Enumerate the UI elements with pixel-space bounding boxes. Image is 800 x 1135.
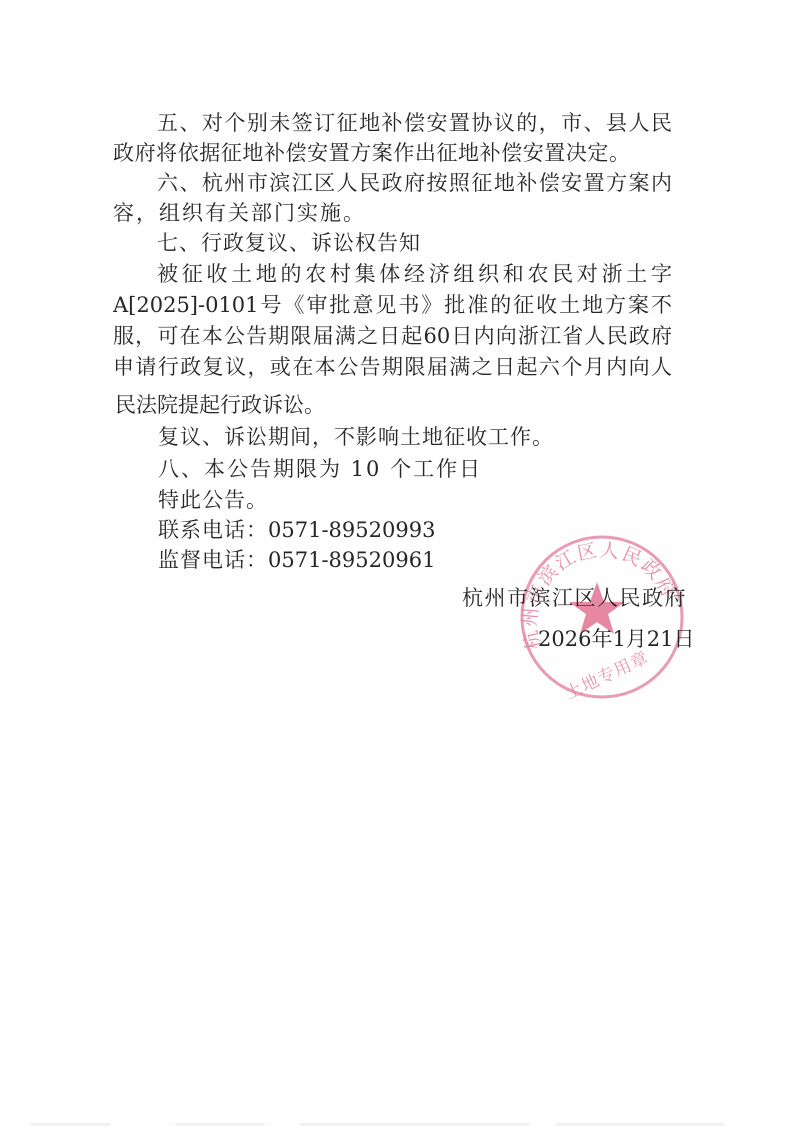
item-8: 八、本公告期限为 10 个工作日	[158, 456, 482, 482]
issue-date: 2026年1月21日	[538, 626, 695, 652]
supervision-phone-value: 0571-89520961	[268, 548, 435, 572]
item-7-body-line-4: 申请行政复议，或在本公告期限届满之日起六个月内向人	[113, 354, 672, 380]
closing-text: 特此公告。	[158, 487, 268, 513]
item-6-line-1: 六、杭州市滨江区人民政府按照征地补偿安置方案内	[157, 170, 672, 196]
supervision-phone-label: 监督电话：	[158, 548, 268, 572]
item-7-body-line-2: A[2025]-0101号《审批意见书》批准的征收土地方案不	[113, 292, 672, 318]
supervision-phone-row: 监督电话：0571-89520961	[158, 547, 435, 573]
scan-artifact	[300, 1123, 530, 1126]
scan-artifact	[175, 1123, 265, 1126]
item-5-line-2: 政府将依据征地补偿安置方案作出征地补偿安置决定。	[113, 140, 630, 166]
contact-phone-label: 联系电话：	[158, 518, 268, 542]
issuer-name: 杭州市滨江区人民政府	[462, 585, 687, 611]
item-7-heading: 七、行政复议、诉讼权告知	[157, 230, 421, 256]
contact-phone-value: 0571-89520993	[268, 518, 435, 542]
official-seal: 杭州市滨江区人民政府 土地专用章	[515, 530, 690, 705]
item-7-body-line-3: 服，可在本公告期限届满之日起60日内向浙江省人民政府	[113, 323, 672, 349]
item-7-body-line-1: 被征收土地的农村集体经济组织和农民对浙土字	[157, 261, 672, 287]
item-7-note: 复议、诉讼期间，不影响土地征收工作。	[158, 424, 554, 450]
item-7-body-line-5: 民法院提起行政诉讼。	[115, 392, 325, 418]
item-5-line-1: 五、对个别未签订征地补偿安置协议的，市、县人民	[157, 110, 672, 136]
scan-artifact	[30, 1123, 110, 1126]
document-page: 五、对个别未签订征地补偿安置协议的，市、县人民 政府将依据征地补偿安置方案作出征…	[0, 0, 800, 1135]
item-6-line-2: 容，组织有关部门实施。	[113, 200, 366, 226]
contact-phone-row: 联系电话：0571-89520993	[158, 517, 435, 543]
scan-artifact	[555, 1123, 725, 1126]
